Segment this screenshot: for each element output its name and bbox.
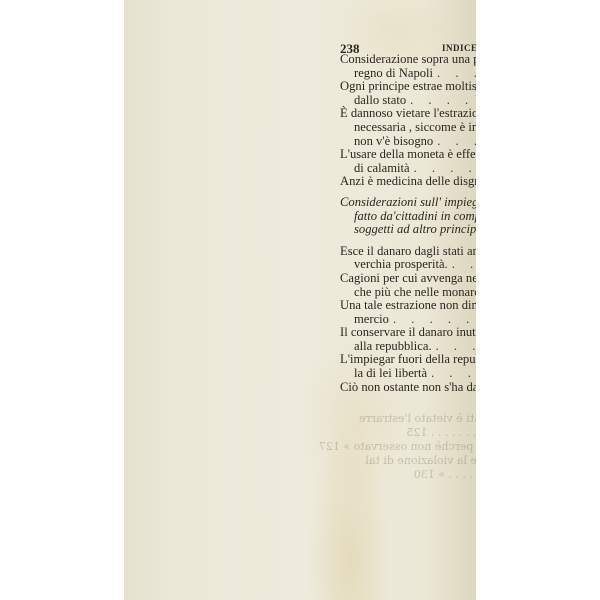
dot-leaders: . . . . . . . . . . . . . . . . . . . . …: [433, 135, 476, 149]
toc-entry-text: mercio: [354, 313, 389, 327]
toc-entry-text: Anzi è medicina delle disgrazie l'estraz…: [340, 175, 476, 189]
toc-entry: Cagioni per cui avvenga nelle repubbli- …: [340, 272, 476, 299]
dot-leaders: . . . . . . . . . . . . . . . . . . . . …: [433, 67, 476, 81]
book-page: In quasi tutti gli stati è vietato l'est…: [124, 0, 476, 600]
toc-entry-text: che più che nelle monarchie.: [354, 286, 476, 300]
toc-section-heading: Considerazioni sull' impiego del danaro …: [340, 196, 476, 237]
dot-leaders: . . . . . . . . . . . . . . . . . . . . …: [406, 94, 476, 108]
toc-entry-text: non v'è bisogno: [354, 135, 433, 149]
toc-entry-text: alla repubblica.: [354, 340, 432, 354]
toc-entry: L'usare della moneta è effetto, non caus…: [340, 148, 476, 175]
toc-entry-text: soggetti ad altro principe: [354, 223, 476, 237]
toc-entry: L'impiegar fuori della repubblica scema …: [340, 353, 476, 380]
toc-entry-text: Ciò non ostante non s'ha da vietare.: [340, 381, 476, 395]
toc-entry-text: dallo stato: [354, 94, 406, 108]
toc-entry-text: Il conservare il danaro inutile non giov…: [340, 326, 476, 340]
toc-entry: Ogni principe estrae moltissimo danaro d…: [340, 80, 476, 107]
toc-entry-text: Considerazione sopra una prammatica del: [340, 53, 476, 67]
toc-entry: È dannoso vietare l'estrazione quando è …: [340, 107, 476, 148]
toc-entry: Considerazione sopra una prammatica del …: [340, 53, 476, 80]
dot-leaders: . . . . . . . . . . . . . . . . . . . . …: [448, 258, 476, 272]
toc-entry: Una tale estrazione non diminuisce il co…: [340, 299, 476, 326]
bleed-through-text: In quasi tutti gli stati è vietato l'est…: [334, 412, 476, 482]
toc-entry: Esce il danaro dagli stati anche per so-…: [340, 245, 476, 272]
toc-entry-text: di calamità: [354, 162, 410, 176]
toc-entry-text: regno di Napoli: [354, 67, 433, 81]
dot-leaders: . . . . . . . . . . . . . . . . . . . . …: [432, 340, 476, 354]
dot-leaders: . . . . . . . . . . . . . . . . . . . . …: [389, 313, 476, 327]
toc-entry: Ciò non ostante non s'ha da vietare. »15…: [340, 381, 476, 395]
toc-entry-text: Una tale estrazione non diminuisce il co…: [340, 299, 476, 313]
toc-entry-text: Considerazioni sull' impiego del danaro: [340, 196, 476, 210]
toc-entry-text: necessaria , siccome è inutile quando: [340, 121, 476, 135]
toc-entry-text: Ogni principe estrae moltissimo danaro: [340, 80, 476, 94]
dot-leaders: . . . . . . . . . . . . . . . . . . . . …: [427, 367, 476, 381]
toc-entry: Il conservare il danaro inutile non giov…: [340, 326, 476, 353]
table-of-contents: Considerazione sopra una prammatica del …: [340, 53, 476, 394]
toc-entry-text: L'impiegar fuori della repubblica scema: [340, 353, 476, 367]
toc-entry-text: la di lei libertà: [354, 367, 427, 381]
toc-entry-text: verchia prosperità.: [354, 258, 448, 272]
toc-entry-text: È dannoso vietare l'estrazione quando è: [340, 107, 476, 121]
toc-entry: Anzi è medicina delle disgrazie l'estraz…: [340, 175, 476, 189]
toc-entry-text: L'usare della moneta è effetto, non caus…: [340, 148, 476, 162]
toc-entry-text: Cagioni per cui avvenga nelle repubbli-: [340, 272, 476, 286]
toc-entry-text: Esce il danaro dagli stati anche per so-: [340, 245, 476, 259]
toc-entry-text: fatto da'cittadini in compra di stabili: [340, 210, 476, 224]
dot-leaders: . . . . . . . . . . . . . . . . . . . . …: [410, 162, 476, 176]
